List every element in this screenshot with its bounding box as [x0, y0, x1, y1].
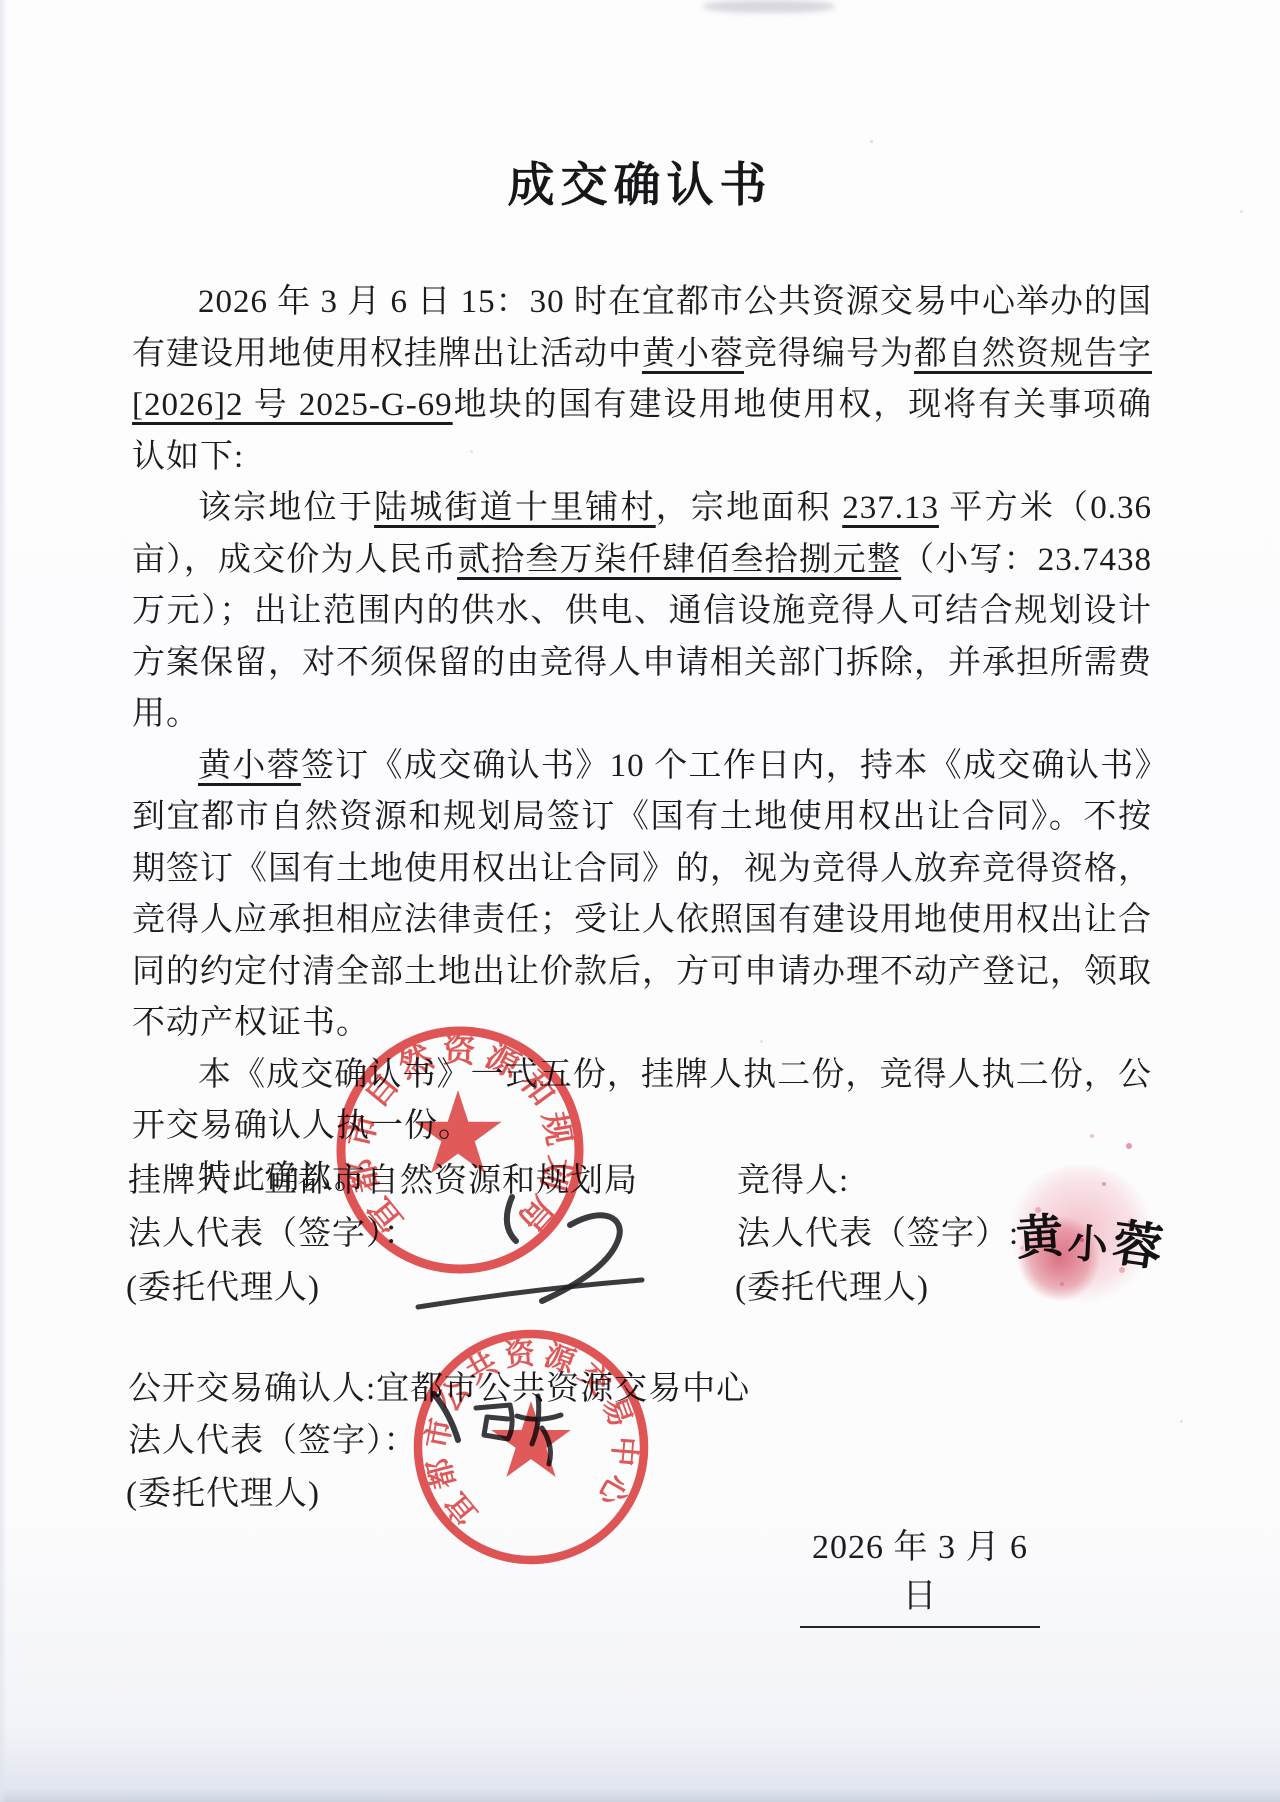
underlined-field: 黄小蓉	[642, 336, 744, 372]
page-title: 成交确认书	[0, 148, 1280, 215]
body-paragraphs: 2026 年 3 月 6 日 15：30 时在宜都市公共资源交易中心举办的国有建…	[132, 277, 1152, 1204]
scan-dust-specks	[870, 140, 873, 143]
underlined-field: 陆城街道十里铺村	[374, 490, 656, 526]
star-icon	[414, 1090, 501, 1173]
confirmer-agent-label: (委托代理人)	[126, 1467, 320, 1514]
text-run: 本《成交确认书》一式五份，挂牌人执二份，竞得人执二份，公开交易确认人执一份。	[132, 1057, 1152, 1145]
underlined-field: 黄小蓉	[198, 748, 301, 784]
buyer-legal-rep-label: 法人代表（签字）:	[737, 1207, 1019, 1254]
lister-handwritten-signature	[390, 1175, 660, 1325]
scanned-document-page: 成交确认书 2026 年 3 月 6 日 15：30 时在宜都市公共资源交易中心…	[0, 0, 1280, 1802]
underlined-field: 237.13	[842, 490, 939, 526]
text-run: 竞得编号为	[744, 336, 914, 372]
confirmer-legal-rep-label: 法人代表（签字）：	[128, 1414, 418, 1461]
confirmer-handwritten-signature	[418, 1386, 588, 1496]
document-date: 2026 年 3 月 6 日	[800, 1519, 1040, 1628]
buyer-agent-label: (委托代理人)	[735, 1261, 929, 1308]
underlined-field: 贰拾叁万柒仟肆佰叁拾捌元整	[457, 542, 901, 578]
text-run: 签订《成交确认书》10 个工作日内，持本《成交确认书》到宜都市自然资源和规划局签…	[132, 748, 1152, 1042]
paragraph: 2026 年 3 月 6 日 15：30 时在宜都市公共资源交易中心举办的国有建…	[132, 277, 1152, 483]
paragraph: 该宗地位于陆城街道十里铺村，宗地面积 237.13 平方米（0.36 亩），成交…	[132, 483, 1152, 741]
paragraph: 本《成交确认书》一式五份，挂牌人执二份，竞得人执二份，公开交易确认人执一份。	[132, 1050, 1152, 1153]
paragraph: 黄小蓉签订《成交确认书》10 个工作日内，持本《成交确认书》到宜都市自然资源和规…	[132, 741, 1152, 1050]
lister-agent-label: (委托代理人)	[126, 1261, 320, 1308]
text-run: 该宗地位于	[198, 490, 374, 526]
fingerprint-speckles	[1080, 1238, 1084, 1242]
text-run: ，宗地面积	[656, 490, 843, 526]
buyer-party-label: 竞得人:	[737, 1154, 849, 1201]
scan-artifact-top	[703, 0, 835, 13]
